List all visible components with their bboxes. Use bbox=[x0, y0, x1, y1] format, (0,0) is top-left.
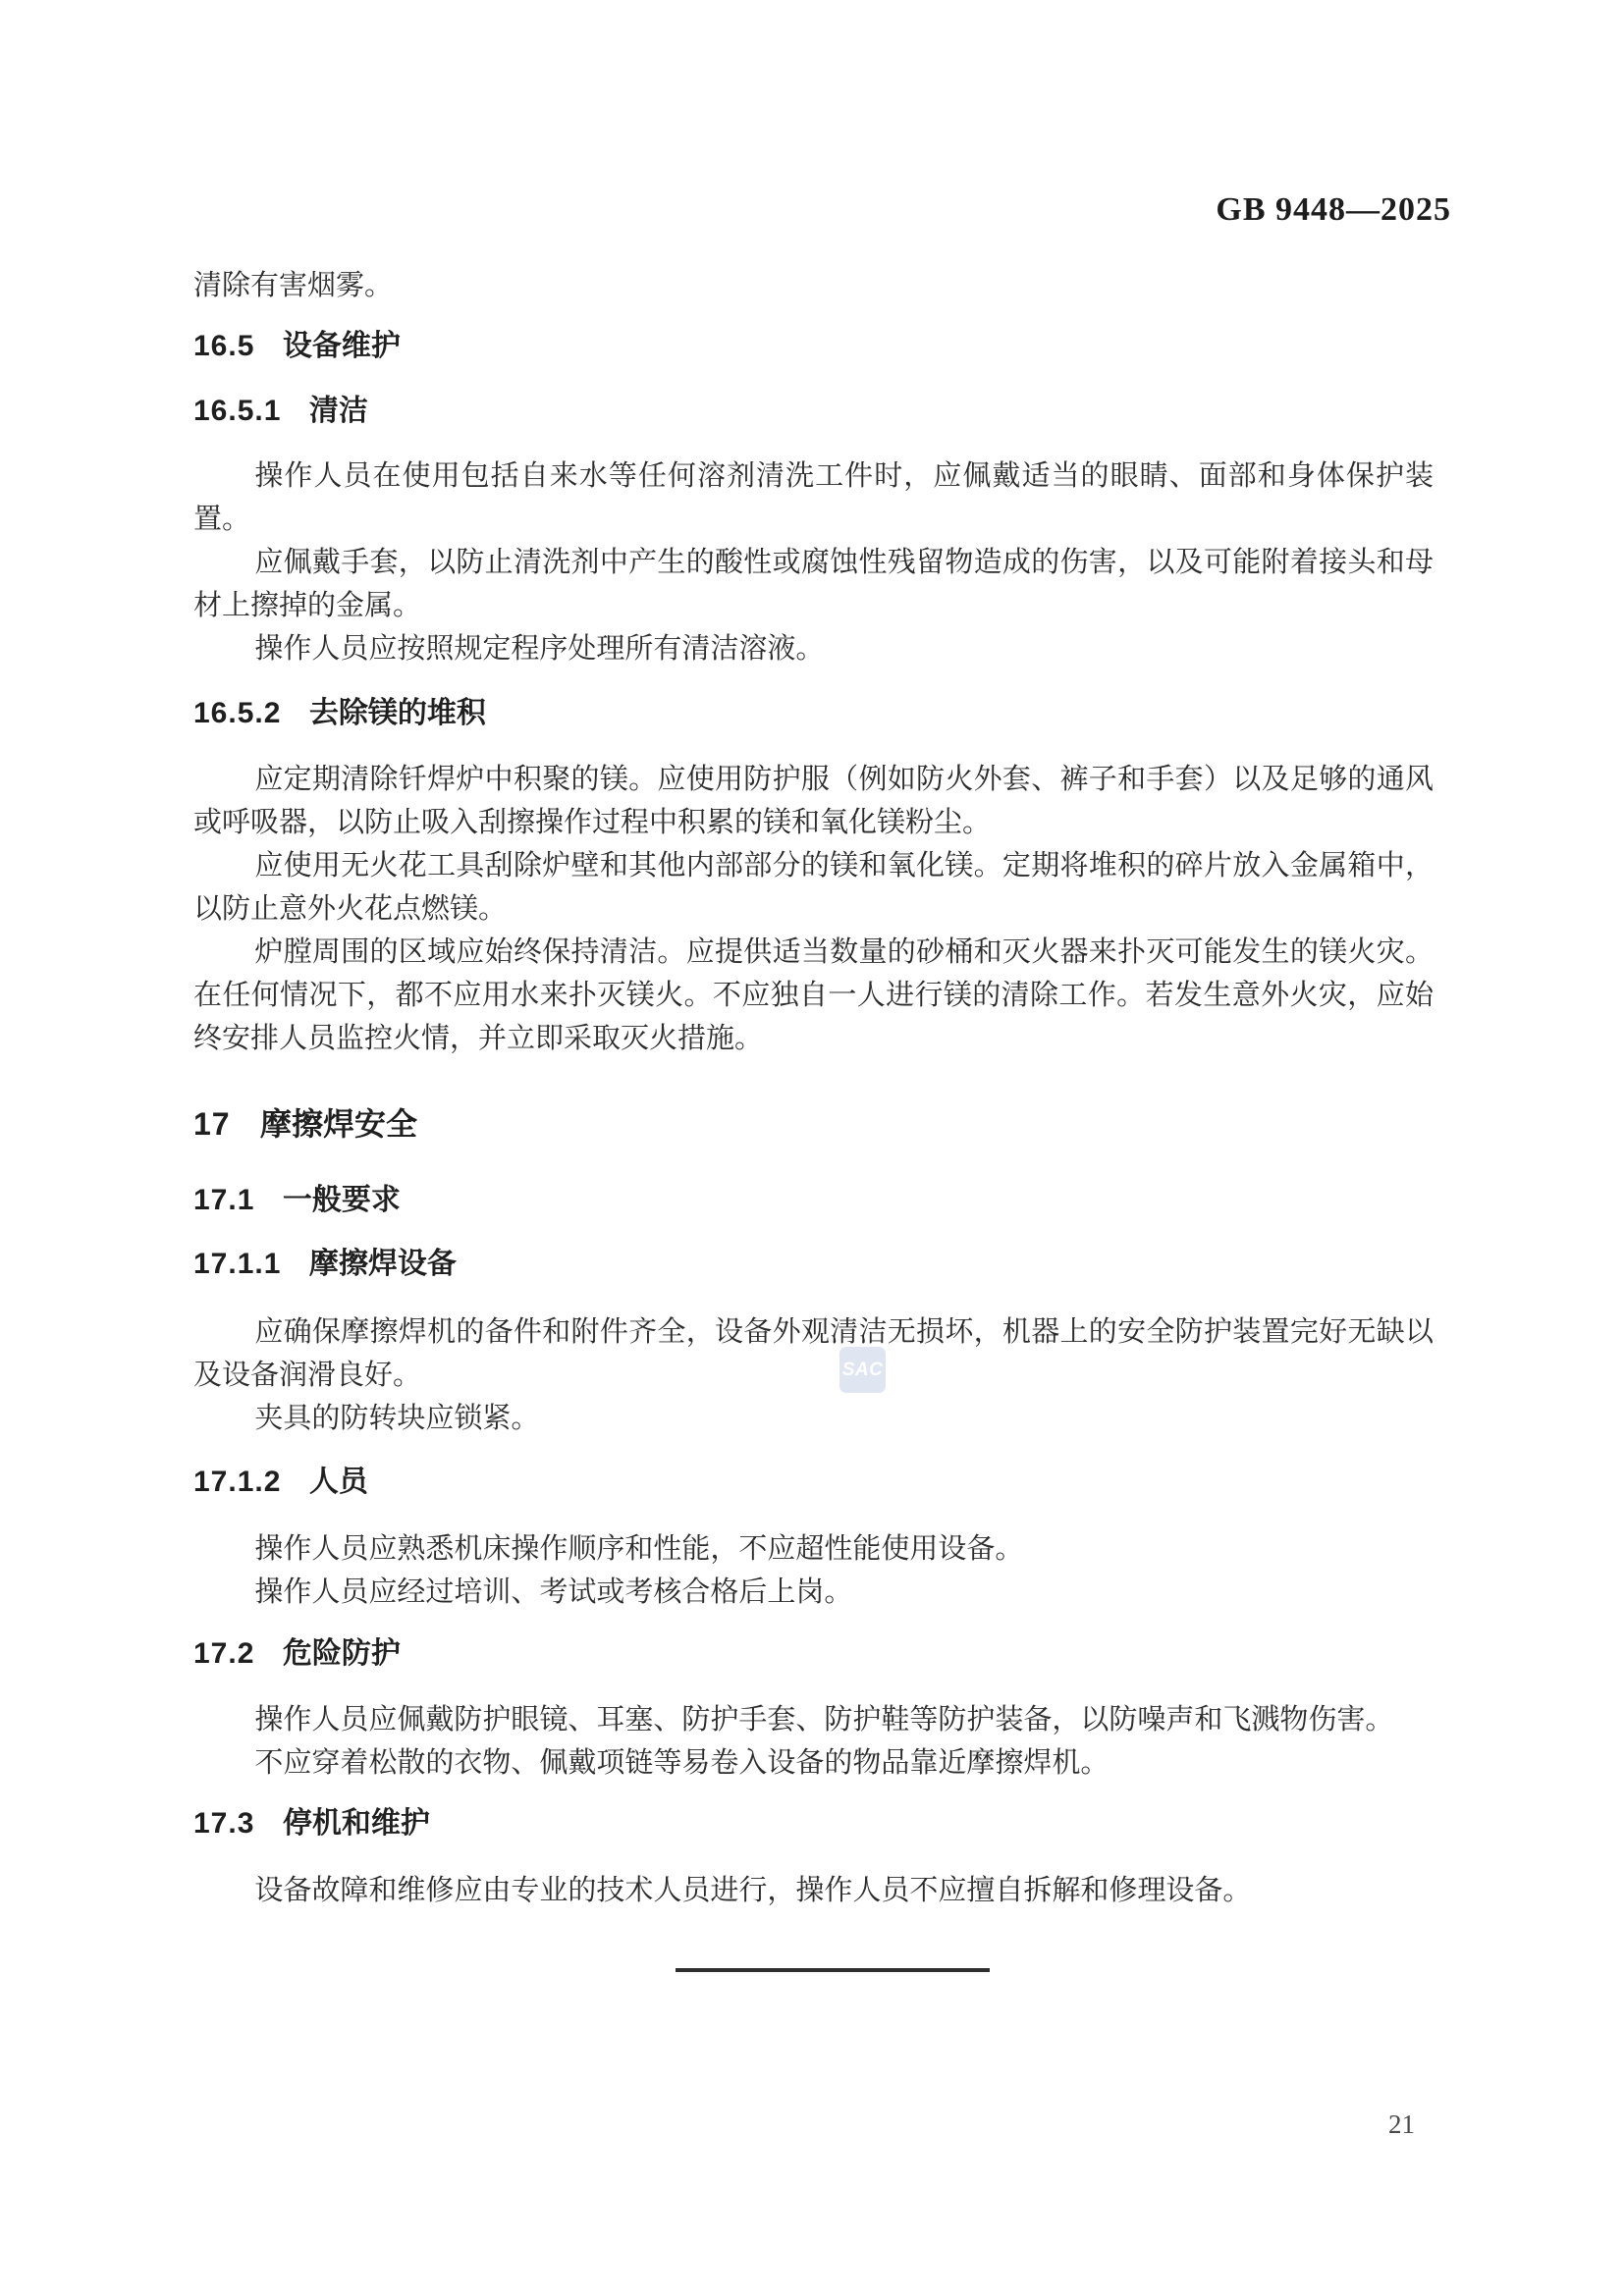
paragraph-continuation: 清除有害烟雾。 bbox=[193, 264, 1434, 307]
document-page: GB 9448—2025 清除有害烟雾。 16.5设备维护 16.5.1清洁 操… bbox=[0, 0, 1624, 2296]
paragraph: 应确保摩擦焊机的备件和附件齐全，设备外观清洁无损坏，机器上的安全防护装置完好无缺… bbox=[193, 1310, 1434, 1397]
paragraph: 不应穿着松散的衣物、佩戴项链等易卷入设备的物品靠近摩擦焊机。 bbox=[193, 1741, 1434, 1785]
paragraph: 应使用无火花工具刮除炉壁和其他内部部分的镁和氧化镁。定期将堆积的碎片放入金属箱中… bbox=[193, 844, 1434, 931]
section-heading-17-1-1: 17.1.1摩擦焊设备 bbox=[193, 1243, 1434, 1286]
paragraph: 夹具的防转块应锁紧。 bbox=[193, 1397, 1434, 1440]
section-heading-17-1: 17.1一般要求 bbox=[193, 1179, 1434, 1222]
heading-title: 停机和维护 bbox=[283, 1807, 430, 1840]
section-heading-17-2: 17.2危险防护 bbox=[193, 1632, 1434, 1676]
heading-title: 摩擦焊设备 bbox=[309, 1248, 457, 1280]
paragraph: 应佩戴手套，以防止清洗剂中产生的酸性或腐蚀性残留物造成的伤害，以及可能附着接头和… bbox=[193, 541, 1434, 627]
heading-number: 16.5.2 bbox=[193, 692, 281, 735]
heading-number: 17 bbox=[193, 1100, 231, 1148]
section-heading-16-5-2: 16.5.2去除镁的堆积 bbox=[193, 692, 1434, 735]
paragraph: 操作人员应经过培训、考试或考核合格后上岗。 bbox=[193, 1571, 1434, 1614]
heading-number: 17.3 bbox=[193, 1802, 254, 1845]
chapter-heading-17: 17摩擦焊安全 bbox=[193, 1100, 1434, 1148]
heading-title: 摩擦焊安全 bbox=[260, 1106, 417, 1142]
heading-number: 16.5 bbox=[193, 325, 254, 368]
heading-number: 16.5.1 bbox=[193, 390, 281, 433]
section-heading-17-3: 17.3停机和维护 bbox=[193, 1802, 1434, 1845]
document-body: 清除有害烟雾。 16.5设备维护 16.5.1清洁 操作人员在使用包括自来水等任… bbox=[193, 0, 1434, 1972]
paragraph: 操作人员应按照规定程序处理所有清洁溶液。 bbox=[193, 627, 1434, 670]
heading-number: 17.1.1 bbox=[193, 1243, 281, 1286]
paragraph: 炉膛周围的区域应始终保持清洁。应提供适当数量的砂桶和灭火器来扑灭可能发生的镁火灾… bbox=[193, 931, 1434, 1060]
paragraph: 操作人员在使用包括自来水等任何溶剂清洗工件时，应佩戴适当的眼睛、面部和身体保护装… bbox=[193, 454, 1434, 541]
sac-watermark: SAC bbox=[839, 1347, 886, 1393]
paragraph: 应定期清除钎焊炉中积聚的镁。应使用防护服（例如防火外套、裤子和手套）以及足够的通… bbox=[193, 758, 1434, 844]
section-heading-16-5: 16.5设备维护 bbox=[193, 325, 1434, 368]
section-heading-17-1-2: 17.1.2人员 bbox=[193, 1461, 1434, 1504]
heading-number: 17.2 bbox=[193, 1632, 254, 1676]
heading-title: 设备维护 bbox=[283, 330, 401, 362]
paragraph: 操作人员应佩戴防护眼镜、耳塞、防护手套、防护鞋等防护装备，以防噪声和飞溅物伤害。 bbox=[193, 1698, 1434, 1741]
heading-title: 人员 bbox=[309, 1466, 368, 1498]
heading-number: 17.1.2 bbox=[193, 1461, 281, 1504]
paragraph: 设备故障和维修应由专业的技术人员进行，操作人员不应擅自拆解和修理设备。 bbox=[193, 1869, 1434, 1912]
heading-title: 一般要求 bbox=[283, 1184, 401, 1216]
heading-title: 清洁 bbox=[309, 395, 368, 427]
section-heading-16-5-1: 16.5.1清洁 bbox=[193, 390, 1434, 433]
page-number: 21 bbox=[1388, 2109, 1415, 2140]
paragraph: 操作人员应熟悉机床操作顺序和性能，不应超性能使用设备。 bbox=[193, 1527, 1434, 1571]
heading-number: 17.1 bbox=[193, 1179, 254, 1222]
document-end-rule bbox=[676, 1968, 990, 1972]
heading-title: 危险防护 bbox=[283, 1637, 401, 1670]
heading-title: 去除镁的堆积 bbox=[309, 697, 486, 729]
